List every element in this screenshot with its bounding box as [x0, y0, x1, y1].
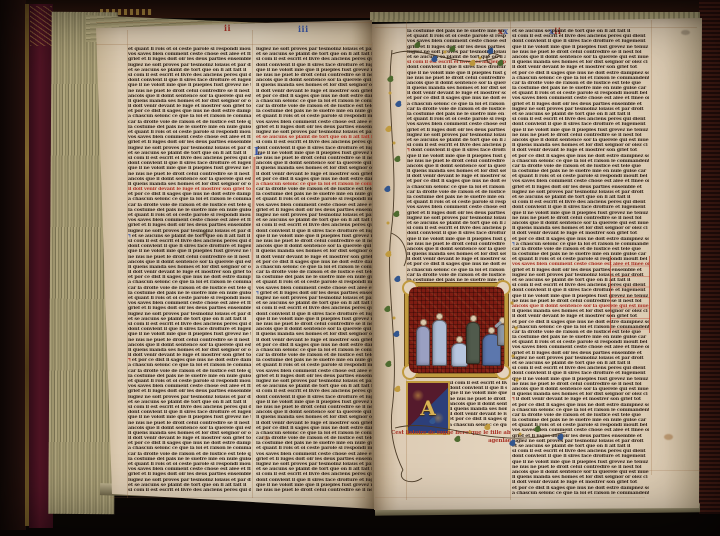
manuscript-text-line: ne nus ne puet le droit celui contredire… — [256, 488, 372, 493]
ruling-line — [96, 44, 372, 45]
running-head-left-iii: iii — [298, 24, 309, 34]
text-column-left-1: et quant li rois ot oi ceste parole si r… — [128, 47, 251, 496]
ivy-leaf-icons — [384, 42, 563, 446]
stain — [664, 434, 673, 440]
gold-tooling-speckle — [30, 6, 52, 46]
ruling-line — [110, 497, 365, 498]
manuscript-photo: ii iii xx xii et quant li rois ot oi ces… — [0, 0, 720, 536]
text-column-left-2: iugiez ne soit proves par tesmoinz loiau… — [256, 47, 372, 496]
gold-dot-icons — [387, 51, 522, 436]
ivy-vine-border — [370, 18, 720, 500]
folio-mark-smudge — [681, 30, 690, 35]
vine-stem — [390, 50, 566, 482]
stain — [263, 436, 269, 440]
book-cover-left-board — [0, 0, 26, 530]
ruling-line — [96, 22, 372, 23]
stain — [203, 231, 207, 236]
running-head-left-ii: ii — [224, 23, 231, 33]
manuscript-text-line: si com il est escrit el livre des ancien… — [128, 488, 251, 493]
